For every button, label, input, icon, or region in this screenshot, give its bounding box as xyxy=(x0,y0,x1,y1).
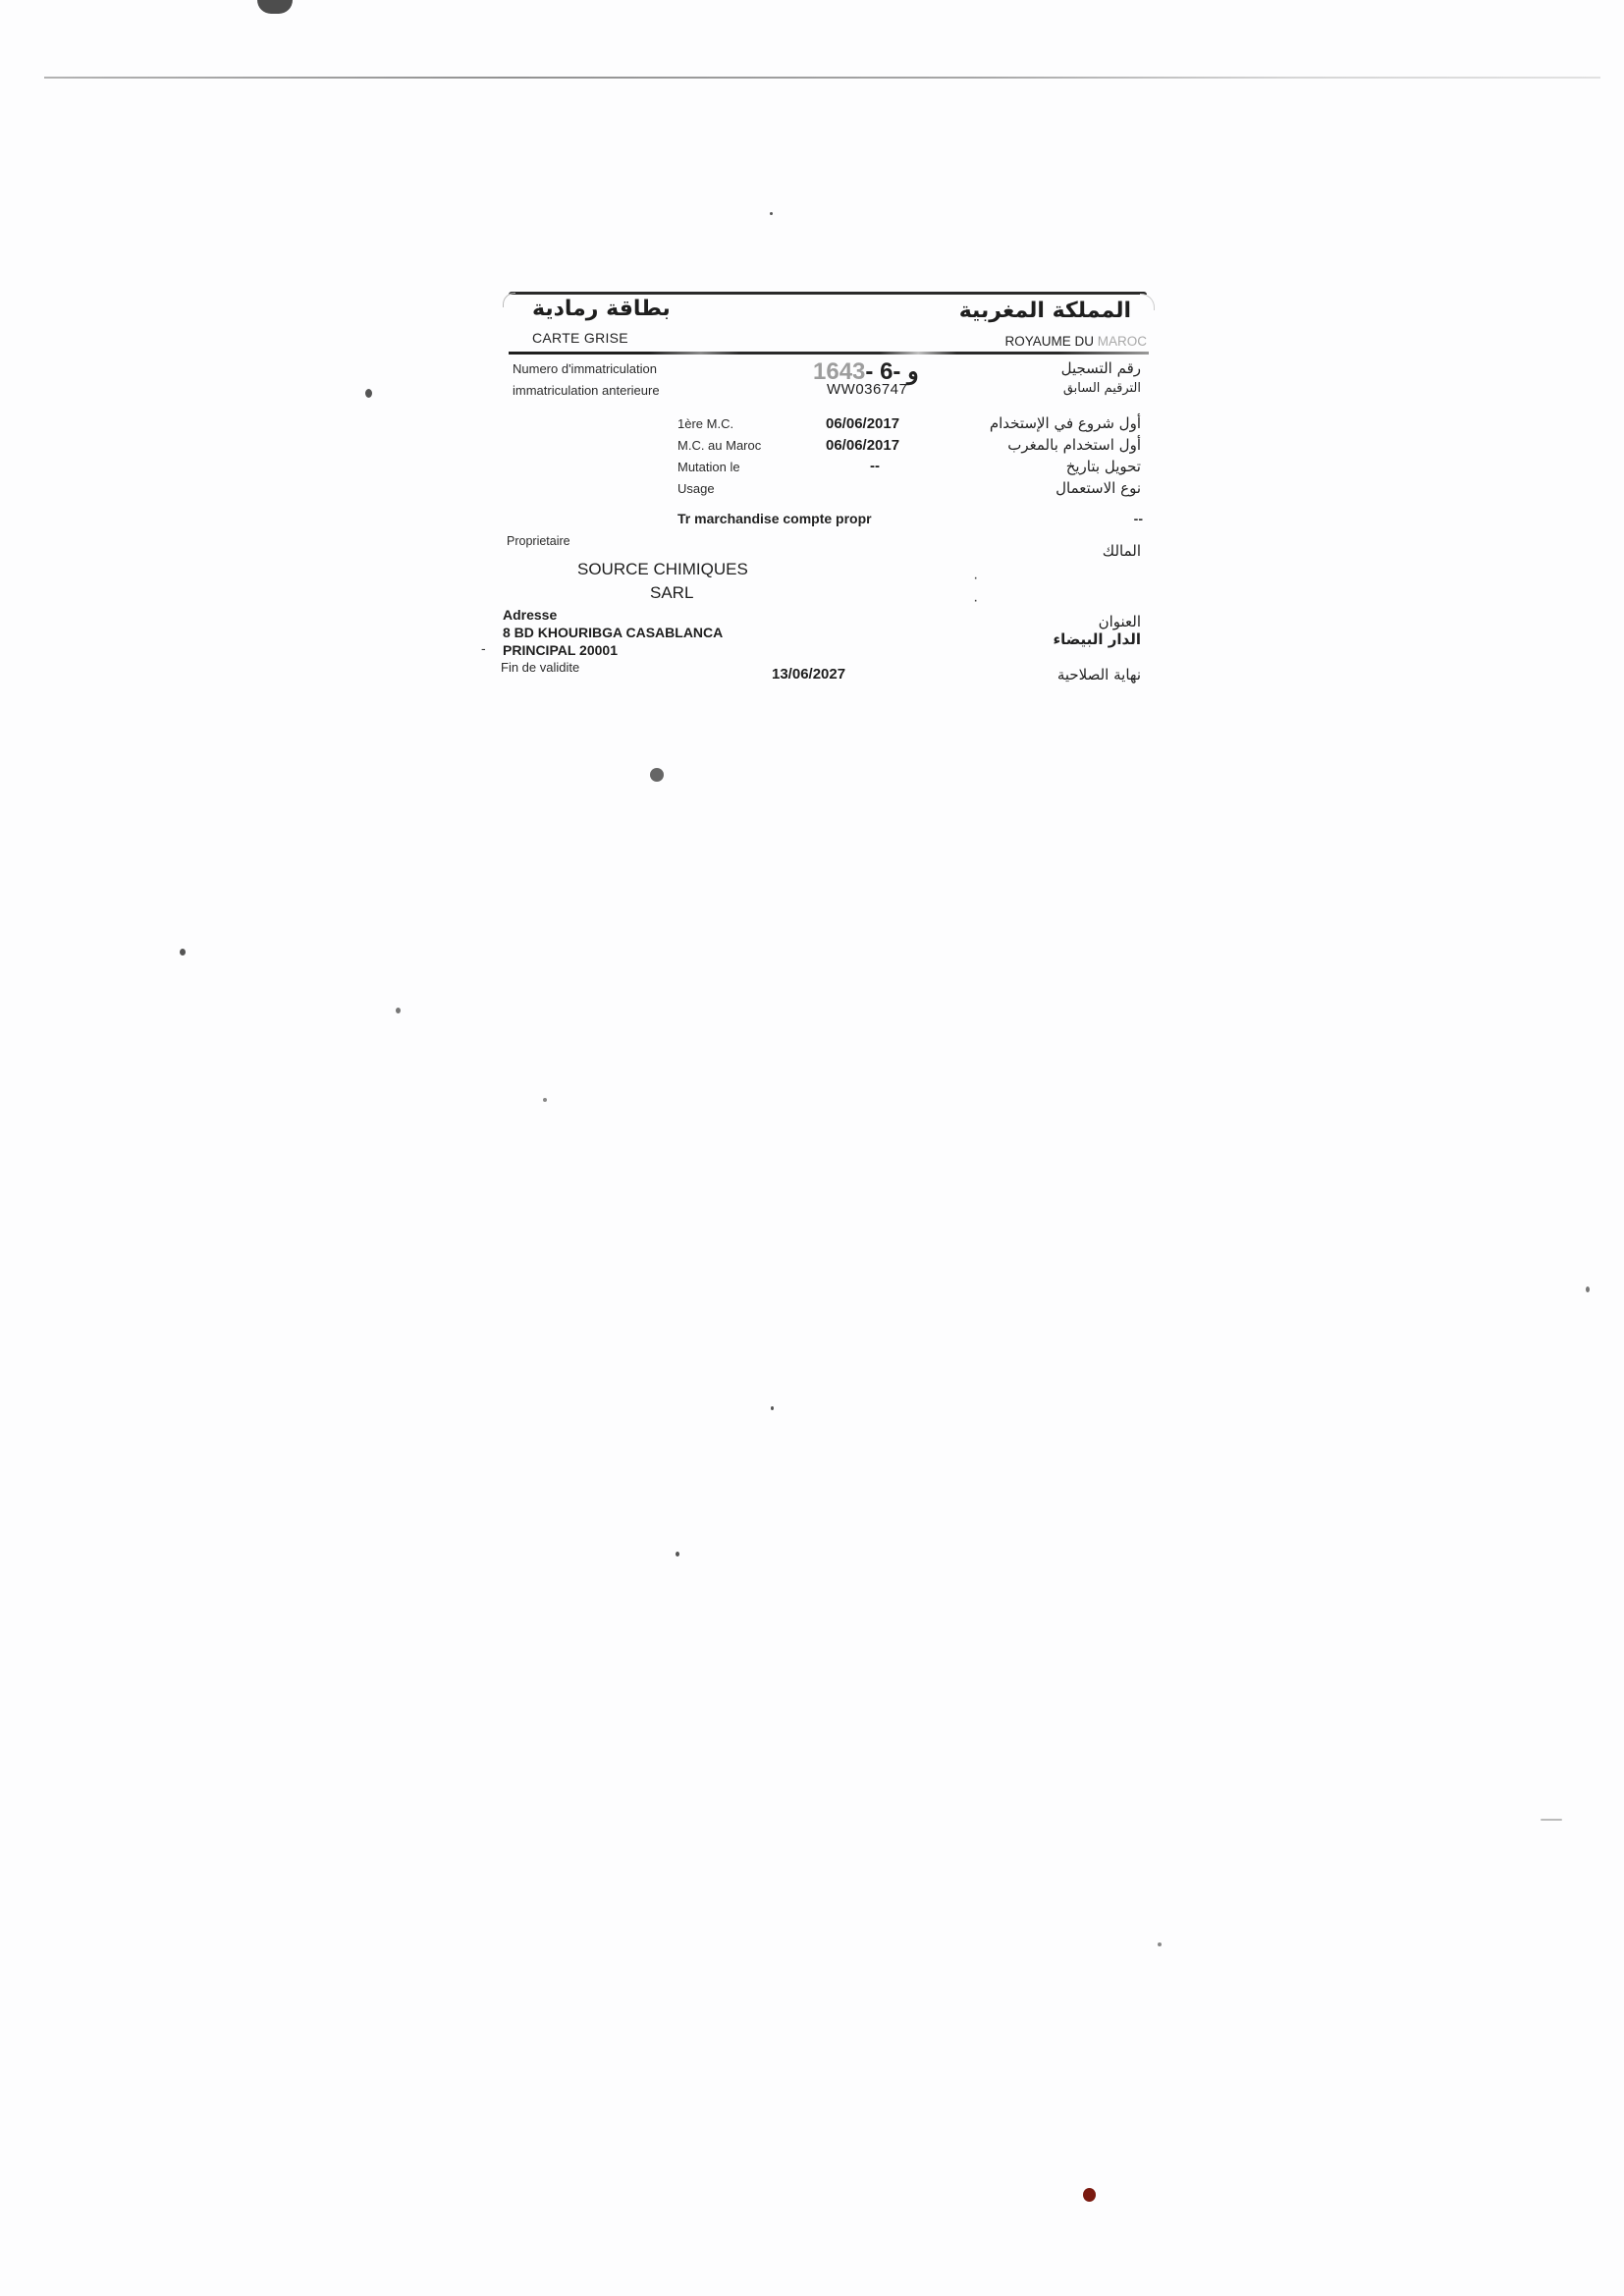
registration-label-ar: رقم التسجيل xyxy=(1061,359,1141,377)
stain-spot xyxy=(1083,2188,1096,2202)
date-label-first-use-ar: أول شروع في الإستخدام xyxy=(990,414,1141,432)
kingdom-title-bold: ROYAUME DU xyxy=(1004,334,1097,349)
card-corner-right xyxy=(1140,294,1155,310)
scan-fold-line xyxy=(44,77,1600,79)
usage-label-ar: نوع الاستعمال xyxy=(1056,479,1141,497)
date-label-mutation-ar: تحويل بتاريخ xyxy=(1066,458,1141,475)
header-divider xyxy=(509,352,1149,355)
scan-speck xyxy=(676,1552,679,1557)
scan-speck xyxy=(770,212,773,215)
scan-speck xyxy=(543,1098,547,1102)
date-label-morocco-use: M.C. au Maroc xyxy=(677,438,761,453)
validity-label-ar: نهاية الصلاحية xyxy=(1057,666,1141,683)
scan-speck xyxy=(180,949,186,956)
kingdom-title-french: ROYAUME DU MAROC xyxy=(1004,334,1147,349)
scan-speck xyxy=(365,389,372,398)
date-value-morocco-use: 06/06/2017 xyxy=(826,437,899,454)
usage-label-fr: Usage xyxy=(677,481,715,496)
card-corner-left xyxy=(503,293,515,307)
scan-speck xyxy=(1541,1819,1562,1821)
address-label-ar: العنوان xyxy=(1099,613,1141,630)
scan-speck xyxy=(1158,1942,1162,1946)
owner-dot-1: · xyxy=(973,570,978,587)
date-label-morocco-use-ar: أول استخدام بالمغرب xyxy=(1007,436,1141,454)
scan-speck xyxy=(650,768,664,782)
scan-speck xyxy=(396,1008,401,1013)
validity-value: 13/06/2027 xyxy=(772,666,845,683)
date-label-mutation: Mutation le xyxy=(677,460,740,474)
usage-value: Tr marchandise compte propr xyxy=(677,511,872,526)
card-title-french: CARTE GRISE xyxy=(532,330,628,346)
card-title-arabic: بطاقة رمادية xyxy=(532,297,671,321)
owner-label-fr: Proprietaire xyxy=(507,534,570,548)
date-label-first-use: 1ère M.C. xyxy=(677,416,733,431)
address-bullet: - xyxy=(481,640,486,656)
address-city-ar: الدار البيضاء xyxy=(1053,630,1141,648)
scan-speck xyxy=(1586,1286,1590,1292)
owner-name-line1: SOURCE CHIMIQUES xyxy=(577,560,748,579)
owner-name-line2: SARL xyxy=(650,583,693,603)
usage-value-ar: -- xyxy=(1134,511,1143,526)
previous-registration-value: WW036747 xyxy=(827,381,907,398)
card-top-border xyxy=(509,292,1147,295)
date-value-mutation: -- xyxy=(870,458,880,474)
kingdom-title-faded: MAROC xyxy=(1098,334,1147,349)
registration-label-fr: Numero d'immatriculation xyxy=(513,361,657,376)
carte-grise-card: بطاقة رمادية CARTE GRISE المملكة المغربي… xyxy=(499,285,1155,697)
address-line-2: PRINCIPAL 20001 xyxy=(503,642,618,658)
owner-dot-2: · xyxy=(973,592,978,610)
address-label-fr: Adresse xyxy=(503,607,557,623)
scan-blot xyxy=(257,0,293,14)
date-value-first-use: 06/06/2017 xyxy=(826,415,899,432)
kingdom-title-arabic: المملكة المغربية xyxy=(959,299,1131,323)
validity-label-fr: Fin de validite xyxy=(501,660,579,675)
owner-label-ar: المالك xyxy=(1103,542,1141,560)
scan-speck xyxy=(771,1406,774,1410)
address-line-1: 8 BD KHOURIBGA CASABLANCA xyxy=(503,625,723,640)
previous-registration-label-fr: immatriculation anterieure xyxy=(513,383,660,398)
previous-registration-label-ar: الترقيم السابق xyxy=(1063,381,1141,396)
